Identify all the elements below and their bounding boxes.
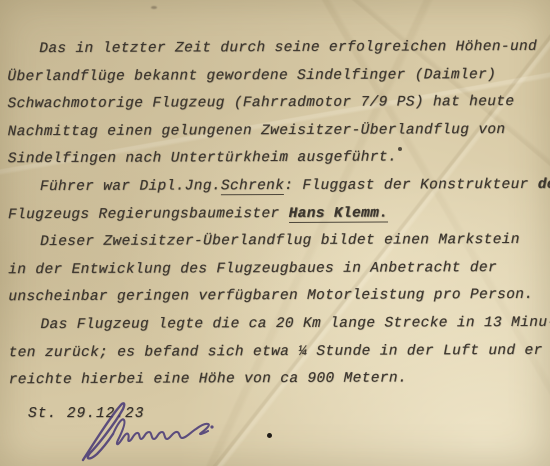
text-line: unscheinbar geringen verfügbaren Motorle…	[8, 282, 548, 312]
text-line: in der Entwicklung des Flugzeugbaues in …	[8, 255, 548, 285]
handwritten-signature-klemm	[76, 396, 240, 464]
underlined-name-schrenk: Schrenk	[221, 178, 284, 196]
signature-ink-strokes	[76, 396, 240, 464]
text-segment: Das Flugzeug legte die ca 20 Km lange St…	[40, 315, 550, 333]
text-segment: ten zurück; es befand sich etwa ¼ Stunde…	[9, 342, 543, 360]
text-segment: Sindelfingen nach Untertürkheim ausgefüh…	[8, 150, 397, 168]
text-segment: Führer war Dipl.Jng.	[40, 178, 221, 195]
text-line: Das in letzter Zeit durch seine erfolgre…	[7, 34, 547, 64]
text-segment: Überlandflüge bekannt gewordene Sindelfi…	[7, 67, 496, 85]
text-segment: unscheinbar geringen verfügbaren Motorle…	[8, 287, 533, 305]
text-segment: Schwachmotorige Flugzeug (Fahrradmotor 7…	[7, 94, 514, 112]
paper-smudge	[151, 6, 157, 9]
text-segment: reichte hierbei eine Höhe von ca 900 Met…	[9, 371, 407, 389]
text-line: Überlandflüge bekannt gewordene Sindelfi…	[7, 61, 547, 91]
text-segment: Dieser Zweisitzer-Überlandflug bildet ei…	[40, 232, 520, 250]
document-body-text: Das in letzter Zeit durch seine erfolgre…	[7, 34, 549, 395]
text-segment: Flugzeugs Regierungsbaumeister	[8, 206, 289, 223]
ink-speck	[267, 433, 272, 438]
text-line: reichte hierbei eine Höhe von ca 900 Met…	[9, 365, 549, 395]
text-line: Flugzeugs Regierungsbaumeister Hans Klem…	[8, 199, 548, 229]
text-line: ten zurück; es befand sich etwa ¼ Stunde…	[9, 337, 549, 367]
text-line: Dieser Zweisitzer-Überlandflug bildet ei…	[8, 227, 548, 257]
ink-speck	[398, 147, 402, 151]
text-line: Das Flugzeug legte die ca 20 Km lange St…	[8, 310, 548, 340]
text-line: Nachmittag einen gelungenen Zweisitzer-Ü…	[8, 117, 548, 147]
text-line: Sindelfingen nach Untertürkheim ausgefüh…	[8, 144, 548, 174]
text-segment: Nachmittag einen gelungenen Zweisitzer-Ü…	[8, 122, 506, 140]
text-segment: Das in letzter Zeit durch seine erfolgre…	[39, 39, 537, 57]
text-segment: : Fluggast der Konstrukteur	[284, 177, 538, 194]
text-segment: in der Entwicklung des Flugzeugbaues in …	[8, 260, 497, 278]
underlined-name-hans-klemm: Hans Klemm.	[289, 205, 389, 223]
text-segment-bold: des	[538, 177, 550, 193]
text-line: Führer war Dipl.Jng.Schrenk: Fluggast de…	[8, 172, 548, 202]
text-line: Schwachmotorige Flugzeug (Fahrradmotor 7…	[7, 89, 547, 119]
scanned-typewritten-document: Das in letzter Zeit durch seine erfolgre…	[0, 0, 550, 466]
